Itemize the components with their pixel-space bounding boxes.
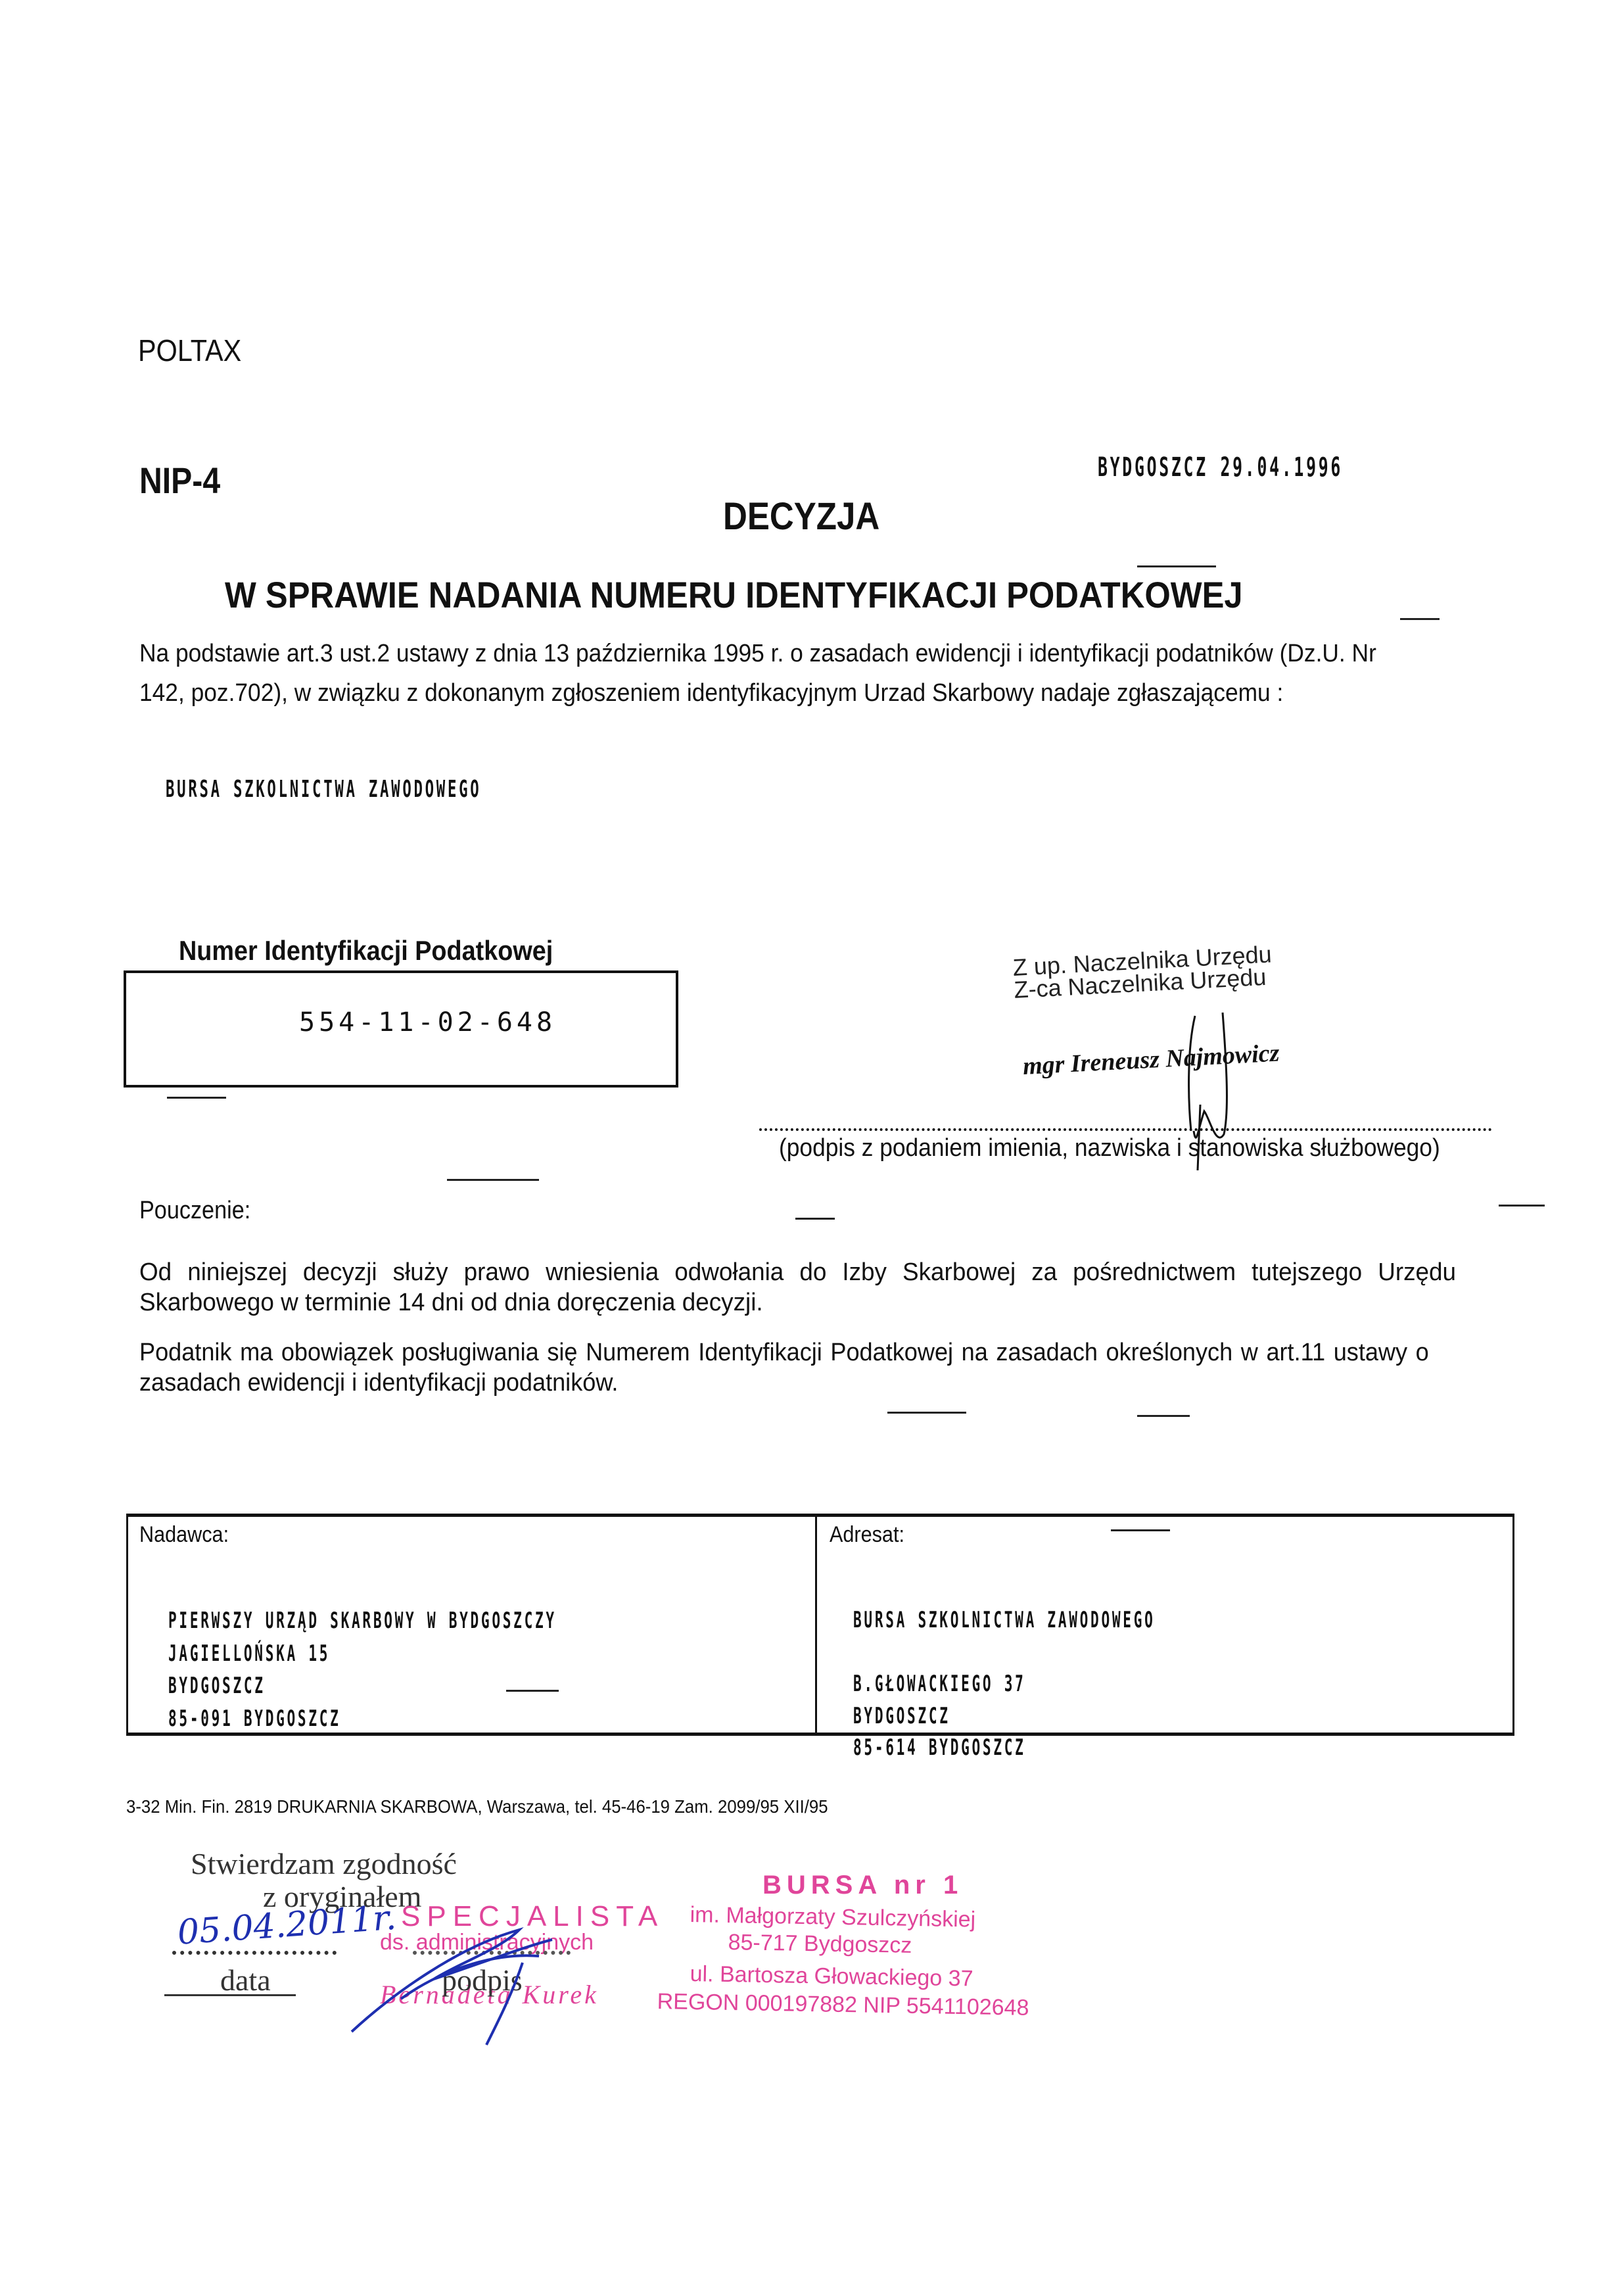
sender-label: Nadawca:	[139, 1522, 229, 1548]
institution-stamp-patron: im. Małgorzaty Szulczyńskiej	[690, 1902, 975, 1933]
official-name: mgr Ireneusz Najmowicz	[1022, 1039, 1280, 1081]
scan-noise	[795, 1218, 835, 1220]
document-title: DECYZJA	[723, 494, 879, 538]
official-stamp: Z up. Naczelnika Urzędu Z-ca Naczelnika …	[1012, 943, 1273, 1001]
printer-note: 3-32 Min. Fin. 2819 DRUKARNIA SKARBOWA, …	[126, 1796, 828, 1817]
scan-noise	[1137, 565, 1216, 567]
nip-value: 554-11-02-648	[299, 1007, 556, 1038]
date-rule	[164, 1994, 296, 1996]
signature-dotted-line	[413, 1951, 571, 1955]
sender-line: PIERWSZY URZĄD SKARBOWY W BYDGOSZCZY	[168, 1608, 557, 1634]
institution-stamp-city: 85-717 Bydgoszcz	[728, 1930, 912, 1959]
signature-line	[759, 1128, 1492, 1131]
sender-line: JAGIELLOŃSKA 15	[168, 1640, 330, 1667]
form-code: NIP-4	[139, 459, 220, 502]
address-divider	[815, 1514, 817, 1734]
legal-basis-text: Na podstawie art.3 ust.2 ustawy z dnia 1…	[139, 634, 1405, 713]
recipient-line: BYDGOSZCZ	[853, 1703, 950, 1729]
date-label: data	[220, 1963, 271, 1997]
system-name: POLTAX	[138, 333, 241, 368]
instructions-paragraph-appeal: Od niniejszej decyzji służy prawo wniesi…	[139, 1257, 1456, 1318]
scan-noise	[887, 1412, 966, 1414]
scan-noise	[1499, 1205, 1545, 1207]
sender-line: 85-091 BYDGOSZCZ	[168, 1706, 341, 1732]
institution-stamp-name: BURSA nr 1	[762, 1871, 963, 1900]
recipient-label: Adresat:	[830, 1522, 904, 1548]
scan-noise	[1137, 1415, 1190, 1417]
recipient-line: 85-614 BYDGOSZCZ	[853, 1734, 1026, 1761]
handwritten-date: 05.04.2011r.	[176, 1898, 398, 1953]
nip-label: Numer Identyfikacji Podatkowej	[179, 935, 553, 967]
institution-stamp-ids: REGON 000197882 NIP 5541102648	[657, 1989, 1029, 2021]
taxpayer-name: BURSA SZKOLNICTWA ZAWODOWEGO	[166, 776, 481, 803]
signature-label: podpis	[442, 1963, 523, 1997]
document-subtitle: W SPRAWIE NADANIA NUMERU IDENTYFIKACJI P…	[225, 573, 1243, 616]
sender-line: BYDGOSZCZ	[168, 1673, 266, 1699]
certification-line1: Stwierdzam zgodność	[191, 1846, 457, 1881]
institution-stamp-street: ul. Bartosza Głowackiego 37	[690, 1961, 973, 1992]
place-date: BYDGOSZCZ 29.04.1996	[1098, 452, 1343, 483]
recipient-line: B.GŁOWACKIEGO 37	[853, 1671, 1026, 1697]
scan-noise	[506, 1690, 559, 1692]
recipient-line: BURSA SZKOLNICTWA ZAWODOWEGO	[853, 1607, 1156, 1633]
scan-noise	[447, 1179, 539, 1181]
signature-caption: (podpis z podaniem imienia, nazwiska i s…	[779, 1134, 1440, 1162]
instructions-heading: Pouczenie:	[139, 1197, 250, 1225]
scan-noise	[167, 1097, 226, 1099]
specialist-stamp-title: SPECJALISTA	[401, 1900, 664, 1933]
scan-noise	[1400, 618, 1440, 620]
instructions-paragraph-nip-usage: Podatnik ma obowiązek posługiwania się N…	[139, 1337, 1429, 1398]
scan-noise	[1111, 1529, 1170, 1531]
date-dotted-line	[172, 1951, 337, 1955]
